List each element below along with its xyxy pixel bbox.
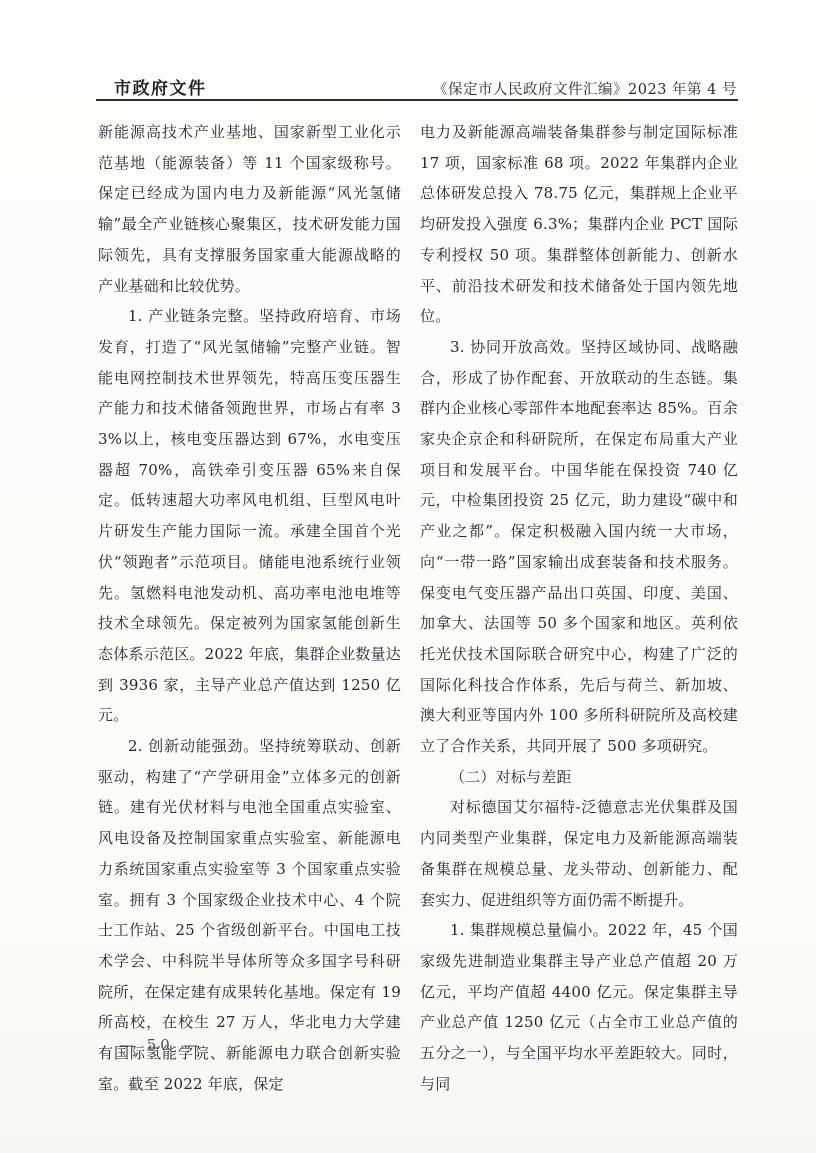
paragraph: 对标德国艾尔福特-泛德意志光伏集群及国内同类型产业集群，保定电力及新能源高端装备… bbox=[420, 792, 738, 915]
paragraph: 新能源高技术产业基地、国家新型工业化示范基地（能源装备）等 11 个国家级称号。… bbox=[98, 117, 401, 301]
text-column-left: 新能源高技术产业基地、国家新型工业化示范基地（能源装备）等 11 个国家级称号。… bbox=[98, 117, 401, 1100]
two-column-text-area: 新能源高技术产业基地、国家新型工业化示范基地（能源装备）等 11 个国家级称号。… bbox=[98, 117, 738, 1100]
paragraph: 电力及新能源高端装备集群参与制定国际标准 17 项，国家标准 68 项。2022… bbox=[420, 117, 738, 332]
paragraph: 1. 产业链条完整。坚持政府培育、市场发育，打造了“风光氢储输”完整产业链。智能… bbox=[98, 301, 401, 731]
header-rule bbox=[96, 99, 738, 101]
document-page: 市政府文件 《保定市人民政府文件汇编》2023 年第 4 号 新能源高技术产业基… bbox=[0, 0, 816, 1153]
text-column-right: 电力及新能源高端装备集群参与制定国际标准 17 项，国家标准 68 项。2022… bbox=[420, 117, 738, 1100]
paragraph: 3. 协同开放高效。坚持区域协同、战略融合，形成了协作配套、开放联动的生态链。集… bbox=[420, 332, 738, 762]
header-publication-title: 《保定市人民政府文件汇编》2023 年第 4 号 bbox=[433, 78, 737, 99]
header-doc-type: 市政府文件 bbox=[114, 74, 207, 99]
page-number: — 50 — bbox=[119, 1036, 202, 1054]
section-heading: （二）对标与差距 bbox=[420, 762, 738, 793]
paragraph: 1. 集群规模总量偏小。2022 年，45 个国家级先进制造业集群主导产业总产值… bbox=[420, 915, 738, 1099]
